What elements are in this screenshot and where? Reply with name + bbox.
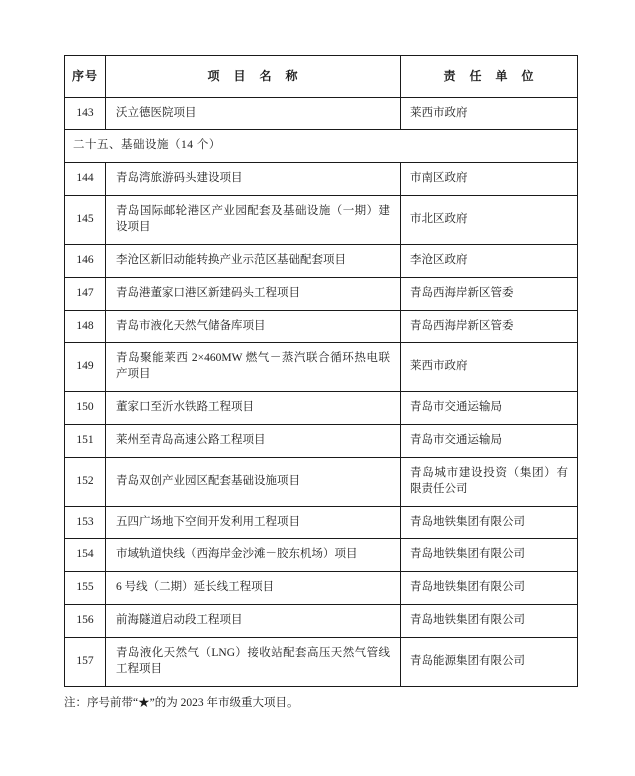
row-serial-number: 146: [65, 244, 106, 277]
responsible-unit: 莱西市政府: [401, 343, 578, 392]
row-serial-number: 144: [65, 163, 106, 196]
table-row: 144青岛湾旅游码头建设项目市南区政府: [65, 163, 578, 196]
table-row: 154市域轨道快线（西海岸金沙滩－胶东机场）项目青岛地铁集团有限公司: [65, 539, 578, 572]
table-body: 143沃立德医院项目莱西市政府二十五、基础设施（14 个）144青岛湾旅游码头建…: [65, 97, 578, 686]
responsible-unit: 市北区政府: [401, 196, 578, 245]
responsible-unit: 青岛地铁集团有限公司: [401, 506, 578, 539]
row-serial-number: 149: [65, 343, 106, 392]
row-serial-number: 153: [65, 506, 106, 539]
table-row: 151莱州至青岛高速公路工程项目青岛市交通运输局: [65, 425, 578, 458]
document-page: 序号 项 目 名 称 责 任 单 位 143沃立德医院项目莱西市政府二十五、基础…: [0, 0, 635, 776]
header-serial-number: 序号: [65, 56, 106, 98]
responsible-unit: 青岛地铁集团有限公司: [401, 539, 578, 572]
row-serial-number: 150: [65, 392, 106, 425]
responsible-unit: 青岛市交通运输局: [401, 392, 578, 425]
row-serial-number: 157: [65, 638, 106, 687]
table-row: 150董家口至沂水铁路工程项目青岛市交通运输局: [65, 392, 578, 425]
project-name: 沃立德医院项目: [106, 97, 401, 130]
table-row: 147青岛港董家口港区新建码头工程项目青岛西海岸新区管委: [65, 277, 578, 310]
responsible-unit: 市南区政府: [401, 163, 578, 196]
table-row: 148青岛市液化天然气储备库项目青岛西海岸新区管委: [65, 310, 578, 343]
project-name: 青岛国际邮轮港区产业园配套及基础设施（一期）建设项目: [106, 196, 401, 245]
row-serial-number: 148: [65, 310, 106, 343]
row-serial-number: 147: [65, 277, 106, 310]
project-name: 莱州至青岛高速公路工程项目: [106, 425, 401, 458]
table-row: 156前海隧道启动段工程项目青岛地铁集团有限公司: [65, 605, 578, 638]
row-serial-number: 152: [65, 457, 106, 506]
project-name: 李沧区新旧动能转换产业示范区基础配套项目: [106, 244, 401, 277]
responsible-unit: 青岛市交通运输局: [401, 425, 578, 458]
table-row: 149青岛聚能莱西 2×460MW 燃气－蒸汽联合循环热电联产项目莱西市政府: [65, 343, 578, 392]
row-serial-number: 156: [65, 605, 106, 638]
project-name: 青岛湾旅游码头建设项目: [106, 163, 401, 196]
project-table: 序号 项 目 名 称 责 任 单 位 143沃立德医院项目莱西市政府二十五、基础…: [64, 55, 578, 687]
project-name: 五四广场地下空间开发利用工程项目: [106, 506, 401, 539]
responsible-unit: 莱西市政府: [401, 97, 578, 130]
responsible-unit: 青岛西海岸新区管委: [401, 277, 578, 310]
section-label: 二十五、基础设施（14 个）: [65, 130, 578, 163]
table-header-row: 序号 项 目 名 称 责 任 单 位: [65, 56, 578, 98]
footnote: 注：序号前带“★”的为 2023 年市级重大项目。: [64, 695, 577, 711]
project-name: 前海隧道启动段工程项目: [106, 605, 401, 638]
project-list-document: 序号 项 目 名 称 责 任 单 位 143沃立德医院项目莱西市政府二十五、基础…: [64, 55, 577, 711]
table-row: 143沃立德医院项目莱西市政府: [65, 97, 578, 130]
project-name: 青岛双创产业园区配套基础设施项目: [106, 457, 401, 506]
row-serial-number: 155: [65, 572, 106, 605]
table-row: 152青岛双创产业园区配套基础设施项目青岛城市建设投资（集团）有限责任公司: [65, 457, 578, 506]
responsible-unit: 青岛西海岸新区管委: [401, 310, 578, 343]
project-name: 董家口至沂水铁路工程项目: [106, 392, 401, 425]
row-serial-number: 151: [65, 425, 106, 458]
project-name: 青岛港董家口港区新建码头工程项目: [106, 277, 401, 310]
responsible-unit: 青岛地铁集团有限公司: [401, 572, 578, 605]
project-name: 6 号线（二期）延长线工程项目: [106, 572, 401, 605]
row-serial-number: 143: [65, 97, 106, 130]
project-name: 市域轨道快线（西海岸金沙滩－胶东机场）项目: [106, 539, 401, 572]
table-row: 146李沧区新旧动能转换产业示范区基础配套项目李沧区政府: [65, 244, 578, 277]
table-row: 1556 号线（二期）延长线工程项目青岛地铁集团有限公司: [65, 572, 578, 605]
responsible-unit: 青岛地铁集团有限公司: [401, 605, 578, 638]
responsible-unit: 青岛能源集团有限公司: [401, 638, 578, 687]
table-row: 153五四广场地下空间开发利用工程项目青岛地铁集团有限公司: [65, 506, 578, 539]
header-project-name: 项 目 名 称: [106, 56, 401, 98]
project-name: 青岛市液化天然气储备库项目: [106, 310, 401, 343]
project-name: 青岛聚能莱西 2×460MW 燃气－蒸汽联合循环热电联产项目: [106, 343, 401, 392]
row-serial-number: 154: [65, 539, 106, 572]
header-responsible-unit: 责 任 单 位: [401, 56, 578, 98]
table-row: 145青岛国际邮轮港区产业园配套及基础设施（一期）建设项目市北区政府: [65, 196, 578, 245]
section-row: 二十五、基础设施（14 个）: [65, 130, 578, 163]
row-serial-number: 145: [65, 196, 106, 245]
table-row: 157青岛液化天然气（LNG）接收站配套高压天然气管线工程项目青岛能源集团有限公…: [65, 638, 578, 687]
responsible-unit: 李沧区政府: [401, 244, 578, 277]
responsible-unit: 青岛城市建设投资（集团）有限责任公司: [401, 457, 578, 506]
project-name: 青岛液化天然气（LNG）接收站配套高压天然气管线工程项目: [106, 638, 401, 687]
